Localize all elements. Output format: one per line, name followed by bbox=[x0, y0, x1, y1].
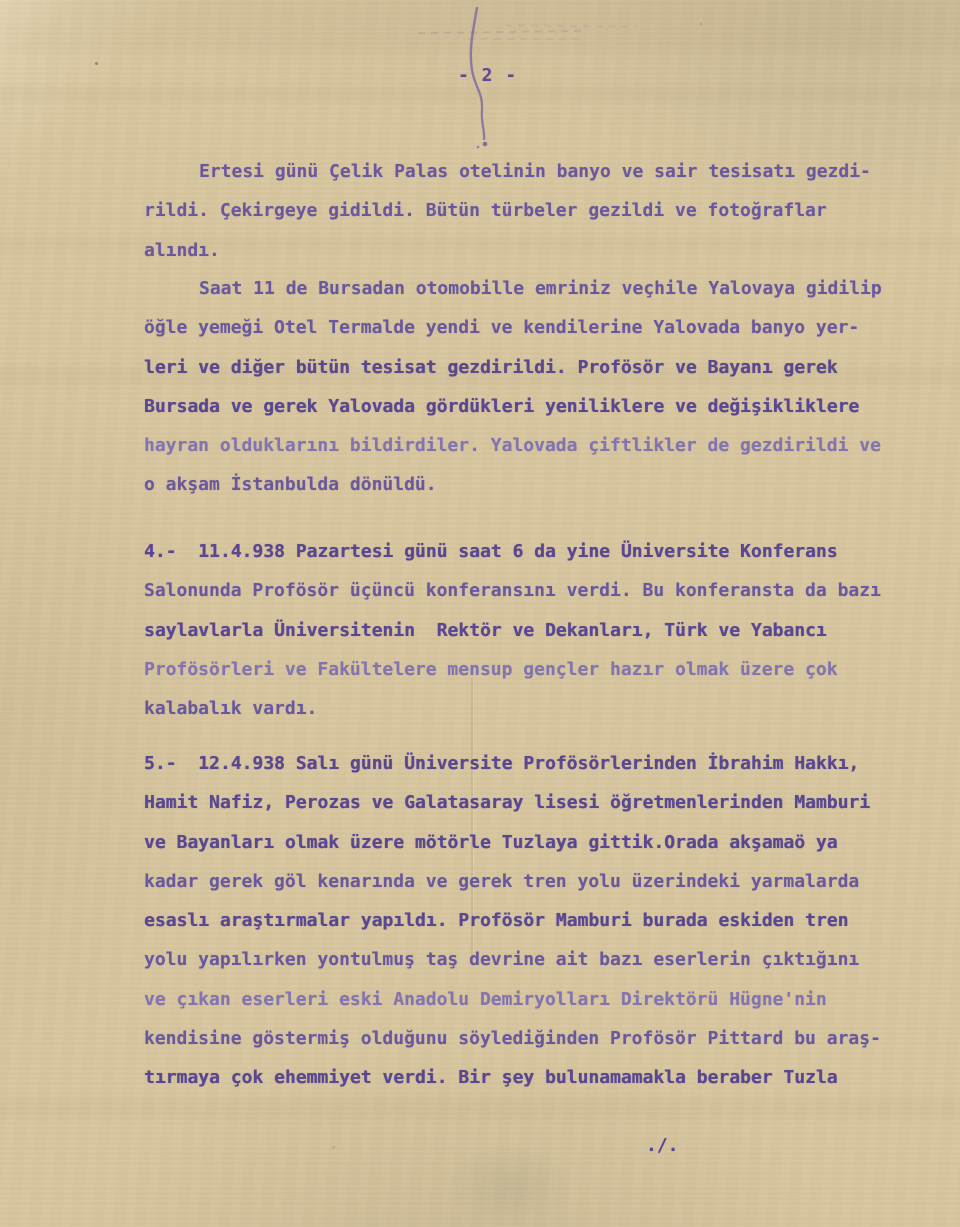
paragraph-1: Ertesi günü Çelik Palas otelinin banyo v… bbox=[144, 152, 920, 270]
paragraph-4: 4.- 11.4.938 Pazartesi günü saat 6 da yi… bbox=[144, 532, 920, 728]
text-line: Salonunda Profösör üçüncü konferansını v… bbox=[144, 571, 920, 610]
text-line: esaslı araştırmalar yapıldı. Profösör Ma… bbox=[144, 901, 920, 940]
text-line: yolu yapılırken yontulmuş taş devrine ai… bbox=[144, 940, 920, 979]
paper-speck bbox=[332, 1146, 335, 1149]
text-line: Profösörleri ve Fakültelere mensup gençl… bbox=[144, 650, 920, 689]
paragraph-5: 5.- 12.4.938 Salı günü Üniversite Profös… bbox=[144, 744, 920, 1098]
text-line: Saat 11 de Bursadan otomobille emriniz v… bbox=[144, 269, 920, 308]
text-line: tırmaya çok ehemmiyet verdi. Bir şey bul… bbox=[144, 1058, 920, 1097]
text-line: kendisine göstermiş olduğunu söylediğind… bbox=[144, 1019, 920, 1058]
text-line: ve Bayanları olmak üzere mötörle Tuzlaya… bbox=[144, 823, 920, 862]
text-line: rildi. Çekirgeye gidildi. Bütün türbeler… bbox=[144, 191, 920, 230]
text-line: o akşam İstanbulda dönüldü. bbox=[144, 465, 920, 504]
text-line: öğle yemeği Otel Termalde yendi ve kendi… bbox=[144, 308, 920, 347]
paragraph-2: Saat 11 de Bursadan otomobille emriniz v… bbox=[144, 269, 920, 505]
text-line: leri ve diğer bütün tesisat gezdirildi. … bbox=[144, 348, 920, 387]
text-line: Bursada ve gerek Yalovada gördükleri yen… bbox=[144, 387, 920, 426]
text-line: Hamit Nafiz, Perozas ve Galatasaray lise… bbox=[144, 783, 920, 822]
text-line: 4.- 11.4.938 Pazartesi günü saat 6 da yi… bbox=[144, 532, 920, 571]
continuation-mark: ./. bbox=[646, 1135, 679, 1156]
text-line: saylavlarla Üniversitenin Rektör ve Deka… bbox=[144, 611, 920, 650]
text-line: alındı. bbox=[144, 231, 920, 270]
scanned-document-page: - 2 - Ertesi günü Çelik Palas otelinin b… bbox=[0, 0, 960, 1227]
paper-speck bbox=[95, 62, 98, 65]
text-line: 5.- 12.4.938 Salı günü Üniversite Profös… bbox=[144, 744, 920, 783]
document-text: Ertesi günü Çelik Palas otelinin banyo v… bbox=[0, 0, 960, 1227]
text-line: Ertesi günü Çelik Palas otelinin banyo v… bbox=[144, 152, 920, 191]
text-line: kalabalık vardı. bbox=[144, 689, 920, 728]
text-line: ve çıkan eserleri eski Anadolu Demiryoll… bbox=[144, 980, 920, 1019]
text-line: hayran olduklarını bildirdiler. Yalovada… bbox=[144, 426, 920, 465]
paper-speck bbox=[700, 23, 702, 25]
text-line: kadar gerek göl kenarında ve gerek tren … bbox=[144, 862, 920, 901]
